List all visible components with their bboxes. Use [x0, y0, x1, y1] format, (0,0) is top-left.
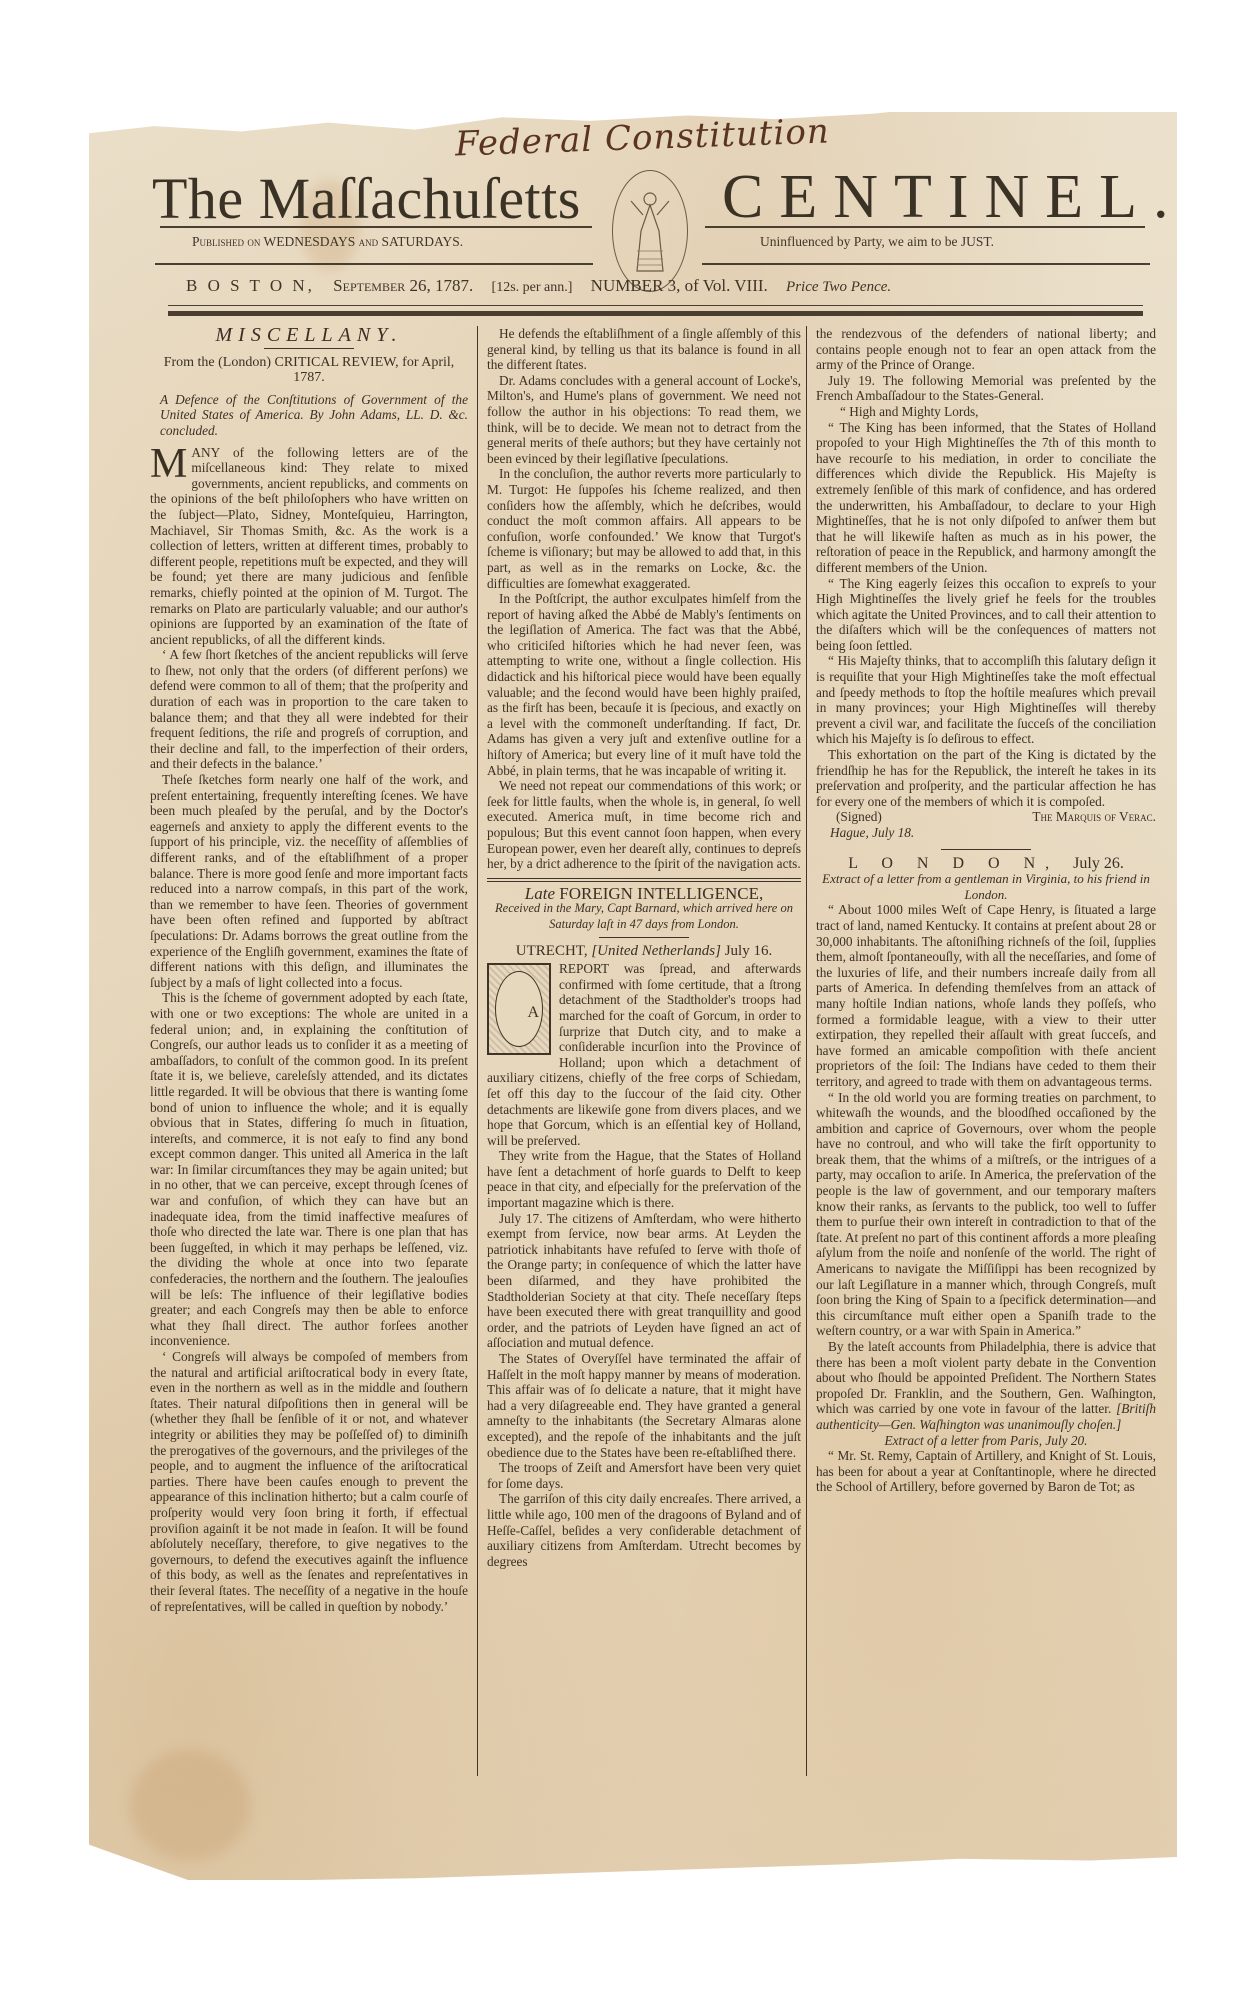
- column-right: the rendezvous of the defenders of natio…: [816, 326, 1156, 1495]
- seal-figure-icon: [613, 171, 687, 291]
- publication-schedule: Published on WEDNESDAYS and SATURDAYS.: [192, 234, 463, 250]
- article-paragraph: “ In the old world you are forming treat…: [816, 1090, 1156, 1340]
- article-paragraph: MANY of the following letters are of the…: [150, 445, 468, 648]
- article-paragraph: They write from the Hague, that the Stat…: [487, 1148, 801, 1210]
- article-paragraph: By the lateſt accounts from Philadelphia…: [816, 1339, 1156, 1433]
- section-heading-miscellany: MISCELLANY.: [150, 328, 468, 344]
- subline-rule-right: [702, 263, 1150, 265]
- column-divider: [806, 326, 807, 1776]
- column-divider: [477, 326, 478, 1776]
- london-dateline: L O N D O N, July 26.: [816, 856, 1156, 872]
- masthead-rule-right: [705, 226, 1145, 228]
- article-paragraph: “ The King eagerly ſeizes this occaſion …: [816, 576, 1156, 654]
- article-paragraph: “ His Majeſty thinks, that to accompliſh…: [816, 653, 1156, 747]
- woodcut-initial-icon: A: [487, 963, 551, 1055]
- masthead-rule-left: [160, 226, 592, 228]
- signatory-name: The Marquis of Verac.: [1032, 809, 1156, 825]
- foreign-received-note: Received in the Mary, Capt Barnard, whic…: [487, 901, 801, 932]
- article-paragraph: The States of Overyſſel have terminated …: [487, 1351, 801, 1460]
- article-paragraph: He defends the eſtabliſhment of a ſingle…: [487, 326, 801, 373]
- article-paragraph: Theſe ſketches form nearly one half of t…: [150, 772, 468, 990]
- masthead-title-left: The Maſſachuſetts: [152, 165, 581, 232]
- article-paragraph: This is the ſcheme of government adopted…: [150, 990, 468, 1349]
- drop-cap: M: [150, 447, 187, 481]
- article-paragraph: A REPORT was ſpread, and afterwards conf…: [487, 961, 801, 1148]
- article-paragraph: The garriſon of this city daily encreaſe…: [487, 1491, 801, 1569]
- article-paragraph: “ The King has been informed, that the S…: [816, 420, 1156, 576]
- column-middle: He defends the eſtabliſhment of a ſingle…: [487, 326, 801, 1569]
- dateline-date: September 26, 1787.: [333, 276, 473, 295]
- foreign-intelligence-heading: Late FOREIGN INTELLIGENCE,: [487, 886, 801, 902]
- article-paragraph: July 17. The citizens of Amſterdam, who …: [487, 1211, 801, 1351]
- article-paragraph: This exhortation on the part of the King…: [816, 747, 1156, 809]
- dateline-issue-number: NUMBER 3, of Vol. VIII.: [591, 276, 768, 295]
- dateline-rule-thick: [168, 311, 1143, 316]
- dateline-subscription: [12s. per ann.]: [492, 280, 573, 295]
- heading-underline: [264, 348, 354, 349]
- column-miscellany: MISCELLANY. From the (London) CRITICAL R…: [150, 326, 468, 1614]
- dateline-rule-thin: [168, 305, 1143, 306]
- article-paragraph: “ Mr. St. Remy, Captain of Artillery, an…: [816, 1448, 1156, 1495]
- article-paragraph: the rendezvous of the defenders of natio…: [816, 326, 1156, 373]
- dateline-price: Price Two Pence.: [786, 279, 891, 295]
- article-paragraph: ‘ A few ſhort ſketches of the ancient re…: [150, 647, 468, 772]
- masthead-motto: Uninfluenced by Party, we aim to be JUST…: [760, 234, 994, 250]
- seal-emblem-icon: [612, 170, 688, 292]
- extract-title: Extract of a letter from a gentleman in …: [816, 871, 1156, 902]
- utrecht-dateline: UTRECHT, [United Netherlands] July 16.: [487, 944, 801, 960]
- section-divider: [487, 878, 801, 882]
- water-stain: [130, 1750, 250, 1860]
- article-paragraph: ‘ Congreſs will always be compoſed of me…: [150, 1349, 468, 1614]
- masthead-title-right: CENTINEL.: [722, 162, 1185, 233]
- paris-extract-title: Extract of a letter from Paris, July 20.: [816, 1433, 1156, 1449]
- salutation: “ High and Mighty Lords,: [816, 404, 1156, 420]
- article-paragraph: In the Poſtſcript, the author exculpates…: [487, 591, 801, 778]
- subline-rule-left: [155, 263, 593, 265]
- signed-label: (Signed): [836, 809, 882, 825]
- article-paragraph: In the concluſion, the author reverts mo…: [487, 466, 801, 591]
- book-title: A Defence of the Conſtitutions of Govern…: [150, 392, 468, 439]
- signature-place-date: Hague, July 18.: [816, 825, 1156, 841]
- heading-underline: [599, 937, 689, 938]
- article-paragraph: July 19. The following Memorial was preſ…: [816, 373, 1156, 404]
- article-paragraph: We need not repeat our commendations of …: [487, 778, 801, 872]
- dateline: B O S T O N, September 26, 1787. [12s. p…: [186, 276, 905, 296]
- article-paragraph: “ About 1000 miles Weſt of Cape Henry, i…: [816, 902, 1156, 1089]
- signature-block: (Signed) The Marquis of Verac.: [816, 809, 1156, 825]
- article-paragraph: The troops of Zeiſt and Amersfort have b…: [487, 1460, 801, 1491]
- article-paragraph: Dr. Adams concludes with a general accou…: [487, 373, 801, 467]
- source-citation: From the (London) CRITICAL REVIEW, for A…: [150, 355, 468, 386]
- dateline-place: B O S T O N,: [186, 276, 315, 295]
- section-divider: [941, 849, 1031, 850]
